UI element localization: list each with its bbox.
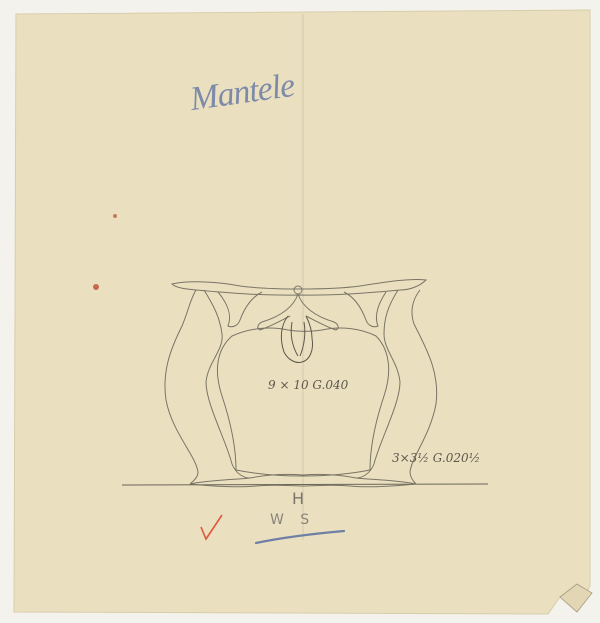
mark-h: H bbox=[292, 489, 304, 508]
stain-spot bbox=[113, 214, 117, 218]
mark-ws: W S bbox=[270, 512, 315, 528]
dimension-side: 3×3½ G.020½ bbox=[392, 451, 480, 465]
drawing-sheet bbox=[0, 0, 600, 623]
stain-spot bbox=[93, 284, 99, 290]
dimension-main: 9 × 10 G.040 bbox=[268, 378, 348, 392]
